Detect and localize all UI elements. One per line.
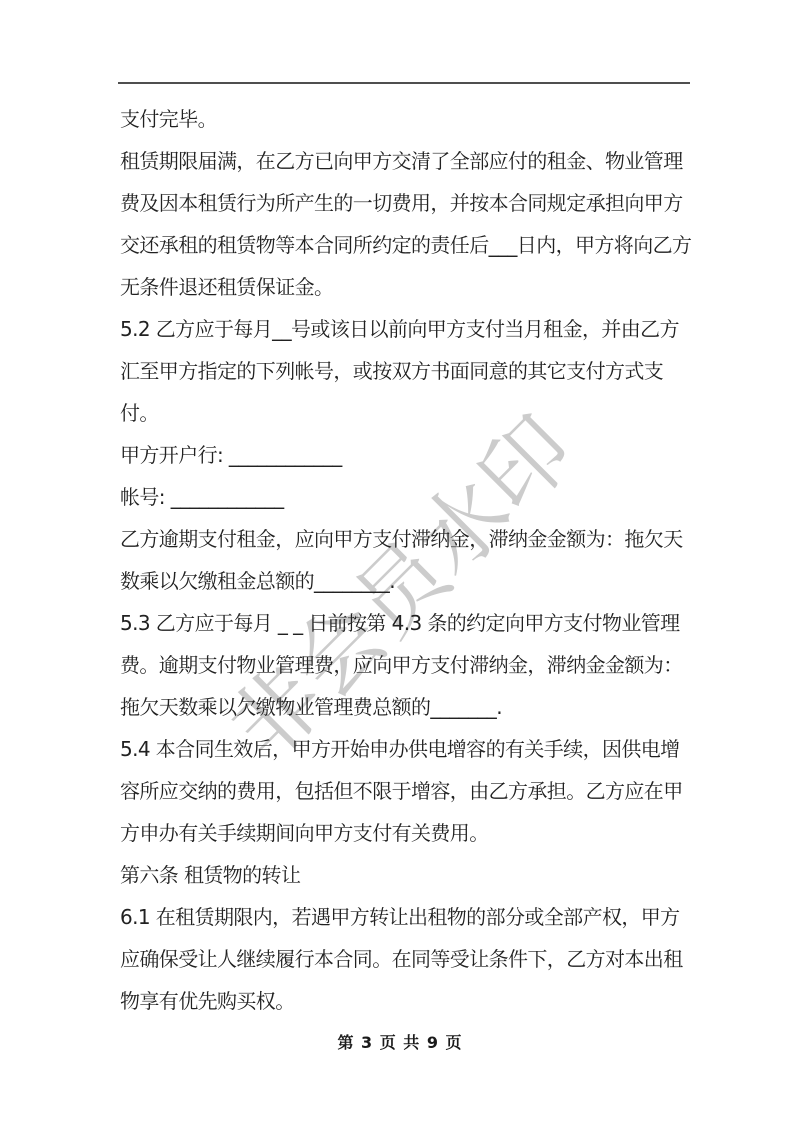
text-line: 无条件退还租赁保证金。 — [120, 266, 686, 308]
text-line: 5.4 本合同生效后，甲方开始申办供电增容的有关手续，因供电增 — [120, 728, 686, 770]
text-line: 5.2 乙方应于每月__号或该日以前向甲方支付当月租金，并由乙方 — [120, 308, 686, 350]
text-line: 乙方逾期支付租金，应向甲方支付滞纳金，滞纳金金额为：拖欠天 — [120, 518, 686, 560]
text-line: 5.3 乙方应于每月 _ _ 日前按第 4.3 条的约定向甲方支付物业管理 — [120, 602, 686, 644]
text-line: 租赁期限届满，在乙方已向甲方交清了全部应付的租金、物业管理 — [120, 140, 686, 182]
text-line: 拖欠天数乘以欠缴物业管理费总额的_______. — [120, 686, 686, 728]
text-line: 容所应交纳的费用，包括但不限于增容，由乙方承担。乙方应在甲 — [120, 770, 686, 812]
text-line: 帐号: ____________ — [120, 476, 686, 518]
text-line: 甲方开户行: ____________ — [120, 434, 686, 476]
text-line: 物享有优先购买权。 — [120, 980, 686, 1022]
text-line: 应确保受让人继续履行本合同。在同等受让条件下，乙方对本出租 — [120, 938, 686, 980]
text-line: 6.1 在租赁期限内，若遇甲方转让出租物的部分或全部产权，甲方 — [120, 896, 686, 938]
contract-page: 非会员水印 支付完毕。租赁期限届满，在乙方已向甲方交清了全部应付的租金、物业管理… — [0, 0, 800, 1131]
text-line: 费及因本租赁行为所产生的一切费用，并按本合同规定承担向甲方 — [120, 182, 686, 224]
text-line: 方申办有关手续期间向甲方支付有关费用。 — [120, 812, 686, 854]
page-number-footer: 第 3 页 共 9 页 — [0, 1030, 800, 1053]
text-line: 付。 — [120, 392, 686, 434]
top-divider-rule — [118, 82, 690, 84]
document-body: 支付完毕。租赁期限届满，在乙方已向甲方交清了全部应付的租金、物业管理费及因本租赁… — [120, 98, 686, 1022]
text-line: 交还承租的租赁物等本合同所约定的责任后___日内，甲方将向乙方 — [120, 224, 686, 266]
text-line: 支付完毕。 — [120, 98, 686, 140]
text-line: 数乘以欠缴租金总额的________. — [120, 560, 686, 602]
text-line: 费。逾期支付物业管理费，应向甲方支付滞纳金，滞纳金金额为： — [120, 644, 686, 686]
text-line: 汇至甲方指定的下列帐号，或按双方书面同意的其它支付方式支 — [120, 350, 686, 392]
text-line: 第六条 租赁物的转让 — [120, 854, 686, 896]
